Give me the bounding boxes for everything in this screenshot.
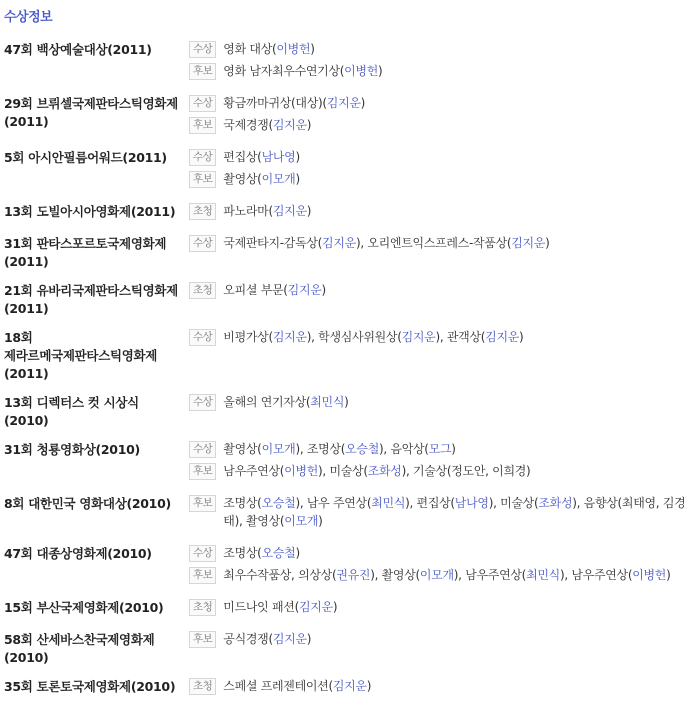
- award-event-name: 47회 대종상영화제(2010): [4, 544, 189, 563]
- award-event-name: 31회 판타스포르토국제영화제(2011): [4, 234, 189, 271]
- result-type-badge: 수상: [189, 545, 216, 562]
- person-link[interactable]: 김지운: [333, 679, 367, 693]
- person-link[interactable]: 이모개: [262, 172, 296, 186]
- person-link[interactable]: 권유진: [336, 568, 370, 582]
- award-results: 수상 비평가상(김지운), 학생심사위원상(김지운), 관객상(김지운): [189, 328, 695, 350]
- award-text: 영화 대상(: [223, 42, 276, 56]
- award-text: ), 미술상(: [318, 464, 368, 478]
- result-type-badge: 초청: [189, 282, 216, 299]
- result-type-badge: 수상: [189, 329, 216, 346]
- award-result-row: 수상 영화 대상(이병헌): [189, 40, 695, 58]
- result-description: 파노라마(김지운): [223, 202, 695, 220]
- result-description: 공식경쟁(김지운): [223, 630, 695, 648]
- result-description: 남우주연상(이병헌), 미술상(조화성), 기술상(정도안, 이희경): [223, 462, 695, 480]
- award-text: ): [519, 330, 523, 344]
- award-results: 후보 조명상(오승철), 남우 주연상(최민식), 편집상(남나영), 미술상(…: [189, 494, 695, 534]
- award-results: 초청 오피셜 부문(김지운): [189, 281, 695, 303]
- result-type-badge: 후보: [189, 567, 216, 584]
- award-text: 조명상(: [223, 496, 261, 510]
- award-entry: 13회 디렉터스 컷 시상식(2010) 수상 올해의 연기자상(최민식): [4, 393, 695, 430]
- award-entry: 29회 브뤼셀국제판타스틱영화제(2011) 수상 황금까마귀상(대상)(김지운…: [4, 94, 695, 138]
- award-result-row: 수상 황금까마귀상(대상)(김지운): [189, 94, 695, 112]
- award-text: ): [378, 64, 382, 78]
- award-text: 공식경쟁(: [223, 632, 273, 646]
- award-result-row: 후보 남우주연상(이병헌), 미술상(조화성), 기술상(정도안, 이희경): [189, 462, 695, 480]
- award-text: ): [361, 96, 365, 110]
- person-link[interactable]: 모그: [429, 442, 452, 456]
- award-text: ): [322, 283, 326, 297]
- result-description: 비평가상(김지운), 학생심사위원상(김지운), 관객상(김지운): [223, 328, 695, 346]
- award-result-row: 후보 국제경쟁(김지운): [189, 116, 695, 134]
- award-result-row: 수상 국제판타지-감독상(김지운), 오리엔트익스프레스-작품상(김지운): [189, 234, 695, 252]
- award-text: ): [295, 546, 299, 560]
- result-description: 영화 남자최우수연기상(이병헌): [223, 62, 695, 80]
- award-entry: 5회 아시안필름어워드(2011) 수상 편집상(남나영) 후보 촬영상(이모개…: [4, 148, 695, 192]
- award-text: ): [307, 204, 311, 218]
- result-description: 촬영상(이모개): [223, 170, 695, 188]
- person-link[interactable]: 김지운: [327, 96, 361, 110]
- award-event-name: 21회 유바리국제판타스틱영화제(2011): [4, 281, 189, 318]
- award-text: 국제판타지-감독상(: [223, 236, 322, 250]
- award-text: ): [295, 150, 299, 164]
- result-description: 편집상(남나영): [223, 148, 695, 166]
- person-link[interactable]: 최민식: [371, 496, 405, 510]
- award-text: ): [344, 395, 348, 409]
- person-link[interactable]: 김지운: [288, 283, 322, 297]
- award-text: ), 학생심사위원상(: [307, 330, 402, 344]
- result-type-badge: 수상: [189, 394, 216, 411]
- award-results: 수상 황금까마귀상(대상)(김지운) 후보 국제경쟁(김지운): [189, 94, 695, 138]
- award-event-name: 8회 대한민국 영화대상(2010): [4, 494, 189, 513]
- person-link[interactable]: 김지운: [273, 118, 307, 132]
- person-link[interactable]: 이병헌: [632, 568, 666, 582]
- result-description: 미드나잇 패션(김지운): [223, 598, 695, 616]
- award-text: 조명상(: [223, 546, 261, 560]
- award-text: ): [307, 118, 311, 132]
- person-link[interactable]: 김지운: [273, 632, 307, 646]
- award-entry: 58회 산세바스찬국제영화제(2010) 후보 공식경쟁(김지운): [4, 630, 695, 667]
- award-event-name: 5회 아시안필름어워드(2011): [4, 148, 189, 167]
- award-event-name: 35회 토론토국제영화제(2010): [4, 677, 189, 696]
- award-result-row: 수상 비평가상(김지운), 학생심사위원상(김지운), 관객상(김지운): [189, 328, 695, 346]
- person-link[interactable]: 이모개: [284, 514, 318, 528]
- result-type-badge: 후보: [189, 171, 216, 188]
- award-event-name: 29회 브뤼셀국제판타스틱영화제(2011): [4, 94, 189, 131]
- result-description: 조명상(오승철), 남우 주연상(최민식), 편집상(남나영), 미술상(조화성…: [223, 494, 695, 530]
- award-result-row: 수상 올해의 연기자상(최민식): [189, 393, 695, 411]
- award-list: 47회 백상예술대상(2011) 수상 영화 대상(이병헌) 후보 영화 남자최…: [4, 40, 695, 699]
- award-results: 수상 국제판타지-감독상(김지운), 오리엔트익스프레스-작품상(김지운): [189, 234, 695, 256]
- result-description: 국제경쟁(김지운): [223, 116, 695, 134]
- award-event-name: 18회 제라르메국제판타스틱영화제(2011): [4, 328, 189, 383]
- award-entry: 47회 대종상영화제(2010) 수상 조명상(오승철) 후보 최우수작품상, …: [4, 544, 695, 588]
- section-title: 수상정보: [4, 8, 695, 28]
- result-description: 오피셜 부문(김지운): [223, 281, 695, 299]
- result-description: 국제판타지-감독상(김지운), 오리엔트익스프레스-작품상(김지운): [223, 234, 695, 252]
- award-result-row: 수상 조명상(오승철): [189, 544, 695, 562]
- person-link[interactable]: 오승철: [262, 496, 296, 510]
- award-text: ), 남우주연상(: [454, 568, 526, 582]
- award-entry: 15회 부산국제영화제(2010) 초청 미드나잇 패션(김지운): [4, 598, 695, 620]
- person-link[interactable]: 이병헌: [276, 42, 310, 56]
- award-result-row: 후보 공식경쟁(김지운): [189, 630, 695, 648]
- result-type-badge: 수상: [189, 41, 216, 58]
- award-results: 수상 편집상(남나영) 후보 촬영상(이모개): [189, 148, 695, 192]
- award-text: 올해의 연기자상(: [223, 395, 310, 409]
- person-link[interactable]: 이모개: [420, 568, 454, 582]
- award-result-row: 초청 스페셜 프레젠테이션(김지운): [189, 677, 695, 695]
- award-text: ): [310, 42, 314, 56]
- award-entry: 13회 도빌아시아영화제(2011) 초청 파노라마(김지운): [4, 202, 695, 224]
- award-results: 초청 스페셜 프레젠테이션(김지운): [189, 677, 695, 699]
- award-text: 남우주연상(: [223, 464, 284, 478]
- award-result-row: 후보 조명상(오승철), 남우 주연상(최민식), 편집상(남나영), 미술상(…: [189, 494, 695, 530]
- result-type-badge: 후보: [189, 117, 216, 134]
- award-result-row: 수상 편집상(남나영): [189, 148, 695, 166]
- person-link[interactable]: 김지운: [485, 330, 519, 344]
- award-result-row: 후보 촬영상(이모개): [189, 170, 695, 188]
- award-results: 후보 공식경쟁(김지운): [189, 630, 695, 652]
- award-result-row: 초청 미드나잇 패션(김지운): [189, 598, 695, 616]
- award-text: ), 미술상(: [489, 496, 539, 510]
- award-text: 오피셜 부문(: [223, 283, 287, 297]
- award-entry: 18회 제라르메국제판타스틱영화제(2011) 수상 비평가상(김지운), 학생…: [4, 328, 695, 383]
- award-entry: 21회 유바리국제판타스틱영화제(2011) 초청 오피셜 부문(김지운): [4, 281, 695, 318]
- award-result-row: 후보 영화 남자최우수연기상(이병헌): [189, 62, 695, 80]
- result-description: 스페셜 프레젠테이션(김지운): [223, 677, 695, 695]
- result-description: 촬영상(이모개), 조명상(오승철), 음악상(모그): [223, 440, 695, 458]
- award-event-name: 13회 디렉터스 컷 시상식(2010): [4, 393, 189, 430]
- award-text: ), 관객상(: [435, 330, 485, 344]
- award-text: 영화 남자최우수연기상(: [223, 64, 344, 78]
- person-link[interactable]: 최민식: [526, 568, 560, 582]
- award-entry: 31회 청룡영화상(2010) 수상 촬영상(이모개), 조명상(오승철), 음…: [4, 440, 695, 484]
- person-link[interactable]: 김지운: [402, 330, 436, 344]
- person-link[interactable]: 남나영: [455, 496, 489, 510]
- person-link[interactable]: 조화성: [368, 464, 402, 478]
- person-link[interactable]: 김지운: [299, 600, 333, 614]
- person-link[interactable]: 최민식: [310, 395, 344, 409]
- award-text: 최우수작품상, 의상상(: [223, 568, 336, 582]
- result-type-badge: 수상: [189, 235, 216, 252]
- award-entry: 35회 토론토국제영화제(2010) 초청 스페셜 프레젠테이션(김지운): [4, 677, 695, 699]
- person-link[interactable]: 이병헌: [284, 464, 318, 478]
- result-description: 조명상(오승철): [223, 544, 695, 562]
- award-text: ): [666, 568, 670, 582]
- person-link[interactable]: 조화성: [538, 496, 572, 510]
- award-text: 국제경쟁(: [223, 118, 273, 132]
- person-link[interactable]: 김지운: [322, 236, 356, 250]
- award-text: 촬영상(: [223, 172, 261, 186]
- award-text: ): [367, 679, 371, 693]
- result-type-badge: 후보: [189, 63, 216, 80]
- award-text: ), 촬영상(: [370, 568, 420, 582]
- result-type-badge: 후보: [189, 463, 216, 480]
- award-event-name: 58회 산세바스찬국제영화제(2010): [4, 630, 189, 667]
- award-text: ), 기술상(정도안, 이희경): [402, 464, 531, 478]
- award-results: 수상 영화 대상(이병헌) 후보 영화 남자최우수연기상(이병헌): [189, 40, 695, 84]
- award-text: 편집상(: [223, 150, 261, 164]
- result-type-badge: 수상: [189, 149, 216, 166]
- award-text: ): [295, 172, 299, 186]
- person-link[interactable]: 오승철: [262, 546, 296, 560]
- award-text: ): [545, 236, 549, 250]
- result-type-badge: 후보: [189, 495, 216, 512]
- award-text: 파노라마(: [223, 204, 273, 218]
- result-type-badge: 초청: [189, 678, 216, 695]
- award-text: ): [451, 442, 455, 456]
- award-text: ), 남우 주연상(: [295, 496, 371, 510]
- award-results: 수상 조명상(오승철) 후보 최우수작품상, 의상상(권유진), 촬영상(이모개…: [189, 544, 695, 588]
- person-link[interactable]: 남나영: [262, 150, 296, 164]
- award-text: ), 오리엔트익스프레스-작품상(: [356, 236, 511, 250]
- award-entry: 8회 대한민국 영화대상(2010) 후보 조명상(오승철), 남우 주연상(최…: [4, 494, 695, 534]
- award-event-name: 47회 백상예술대상(2011): [4, 40, 189, 59]
- result-type-badge: 후보: [189, 631, 216, 648]
- award-entry: 31회 판타스포르토국제영화제(2011) 수상 국제판타지-감독상(김지운),…: [4, 234, 695, 271]
- award-result-row: 초청 파노라마(김지운): [189, 202, 695, 220]
- award-text: 황금까마귀상(대상)(: [223, 96, 326, 110]
- award-event-name: 13회 도빌아시아영화제(2011): [4, 202, 189, 221]
- awards-section: 수상정보 47회 백상예술대상(2011) 수상 영화 대상(이병헌) 후보 영…: [0, 0, 695, 699]
- result-type-badge: 초청: [189, 599, 216, 616]
- award-text: 미드나잇 패션(: [223, 600, 299, 614]
- award-text: 비평가상(: [223, 330, 273, 344]
- award-results: 수상 촬영상(이모개), 조명상(오승철), 음악상(모그) 후보 남우주연상(…: [189, 440, 695, 484]
- person-link[interactable]: 이모개: [262, 442, 296, 456]
- award-text: ): [318, 514, 322, 528]
- award-result-row: 수상 촬영상(이모개), 조명상(오승철), 음악상(모그): [189, 440, 695, 458]
- award-text: ), 음악상(: [379, 442, 429, 456]
- award-results: 초청 파노라마(김지운): [189, 202, 695, 224]
- award-text: ), 남우주연상(: [560, 568, 632, 582]
- person-link[interactable]: 김지운: [273, 204, 307, 218]
- result-type-badge: 수상: [189, 95, 216, 112]
- result-type-badge: 초청: [189, 203, 216, 220]
- award-result-row: 후보 최우수작품상, 의상상(권유진), 촬영상(이모개), 남우주연상(최민식…: [189, 566, 695, 584]
- result-description: 최우수작품상, 의상상(권유진), 촬영상(이모개), 남우주연상(최민식), …: [223, 566, 695, 584]
- award-entry: 47회 백상예술대상(2011) 수상 영화 대상(이병헌) 후보 영화 남자최…: [4, 40, 695, 84]
- award-event-name: 31회 청룡영화상(2010): [4, 440, 189, 459]
- award-text: ), 조명상(: [295, 442, 345, 456]
- result-type-badge: 수상: [189, 441, 216, 458]
- person-link[interactable]: 김지운: [273, 330, 307, 344]
- award-text: 촬영상(: [223, 442, 261, 456]
- person-link[interactable]: 오승철: [345, 442, 379, 456]
- award-text: ), 편집상(: [405, 496, 455, 510]
- award-event-name: 15회 부산국제영화제(2010): [4, 598, 189, 617]
- award-text: 스페셜 프레젠테이션(: [223, 679, 333, 693]
- award-result-row: 초청 오피셜 부문(김지운): [189, 281, 695, 299]
- result-description: 올해의 연기자상(최민식): [223, 393, 695, 411]
- award-text: ): [333, 600, 337, 614]
- award-text: ): [307, 632, 311, 646]
- result-description: 영화 대상(이병헌): [223, 40, 695, 58]
- result-description: 황금까마귀상(대상)(김지운): [223, 94, 695, 112]
- person-link[interactable]: 이병헌: [344, 64, 378, 78]
- award-results: 수상 올해의 연기자상(최민식): [189, 393, 695, 415]
- award-results: 초청 미드나잇 패션(김지운): [189, 598, 695, 620]
- person-link[interactable]: 김지운: [511, 236, 545, 250]
